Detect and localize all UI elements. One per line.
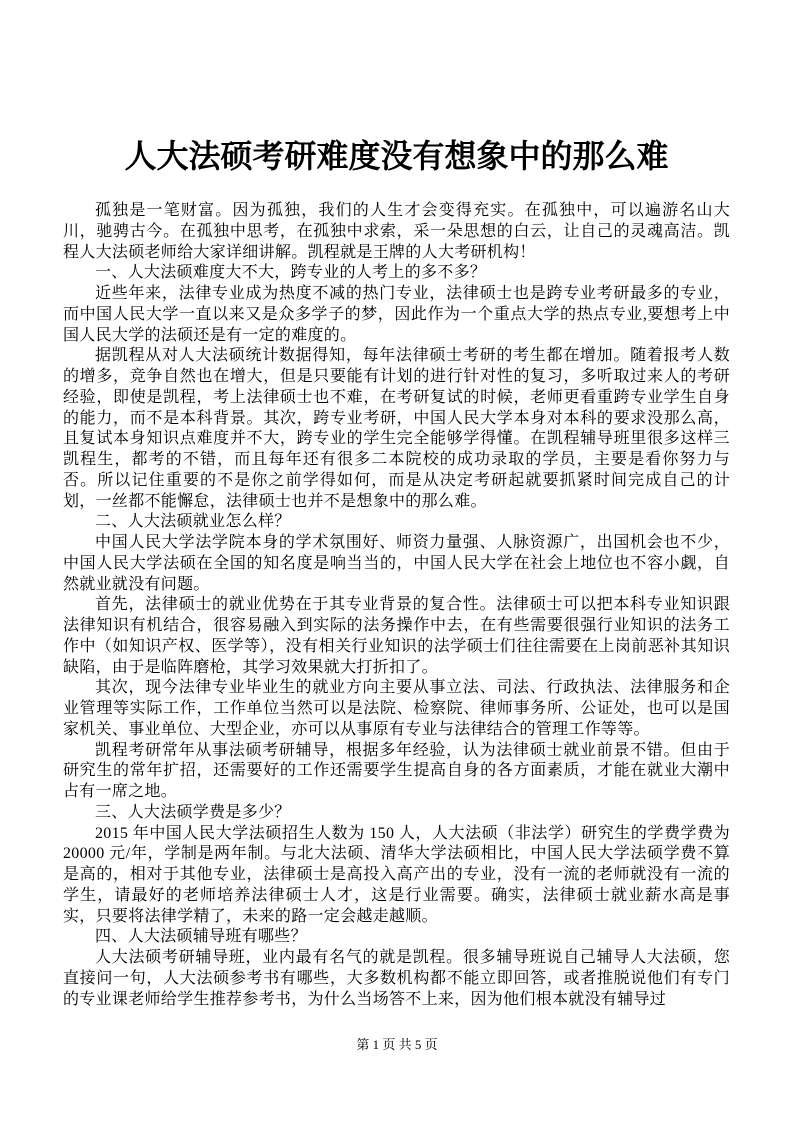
- section-heading-3: 三、人大法硕学费是多少？: [63, 803, 730, 824]
- section-heading-4: 四、人大法硕辅导班有哪些？: [63, 927, 730, 948]
- section-heading-1: 一、人大法硕难度大不大，跨专业的人考上的多不多？: [63, 263, 730, 284]
- paragraph-intro: 孤独是一笔财富。因为孤独，我们的人生才会变得充实。在孤独中，可以遍游名山大川，驰…: [63, 201, 730, 263]
- paragraph: 凯程考研常年从事法硕考研辅导，根据多年经验，认为法律硕士就业前景不错。但由于研究…: [63, 741, 730, 803]
- paragraph: 其次，现今法律专业毕业生的就业方向主要从事立法、司法、行政执法、法律服务和企业管…: [63, 678, 730, 740]
- paragraph: 据凯程从对人大法硕统计数据得知，每年法律硕士考研的考生都在增加。随着报考人数的增…: [63, 346, 730, 512]
- page-number-footer: 第 1 页 共 5 页: [0, 1037, 794, 1053]
- paragraph: 中国人民大学法学院本身的学术氛围好、师资力量强、人脉资源广，出国机会也不少，中国…: [63, 533, 730, 595]
- paragraph: 2015 年中国人民大学法硕招生人数为 150 人，人大法硕（非法学）研究生的学…: [63, 824, 730, 928]
- document-title: 人大法硕考研难度没有想象中的那么难: [63, 134, 730, 178]
- paragraph: 近些年来，法律专业成为热度不减的热门专业，法律硕士也是跨专业考研最多的专业，而中…: [63, 284, 730, 346]
- paragraph: 首先，法律硕士的就业优势在于其专业背景的复合性。法律硕士可以把本科专业知识跟法律…: [63, 595, 730, 678]
- paragraph: 人大法硕考研辅导班，业内最有名气的就是凯程。很多辅导班说自己辅导人大法硕，您直接…: [63, 948, 730, 1010]
- document-body: 孤独是一笔财富。因为孤独，我们的人生才会变得充实。在孤独中，可以遍游名山大川，驰…: [63, 201, 730, 1010]
- section-heading-2: 二、人大法硕就业怎么样？: [63, 512, 730, 533]
- document-page: 人大法硕考研难度没有想象中的那么难 孤独是一笔财富。因为孤独，我们的人生才会变得…: [0, 0, 794, 1123]
